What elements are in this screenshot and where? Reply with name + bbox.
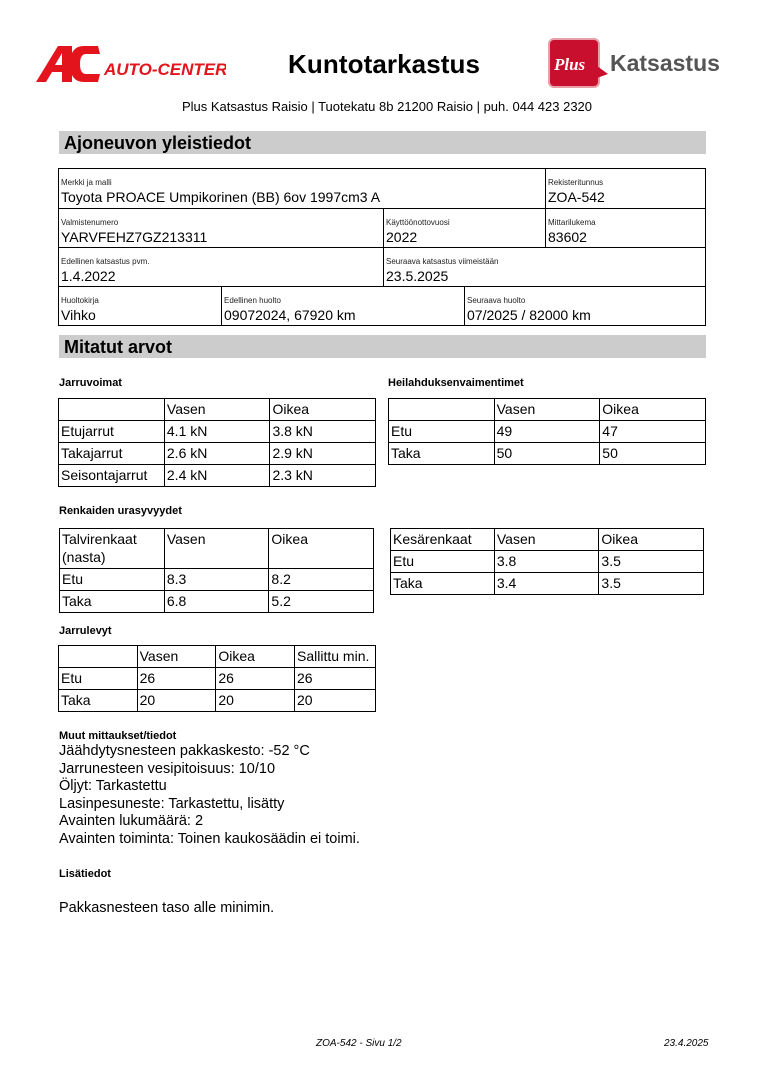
previous-service-label: Edellinen huolto [224, 296, 281, 305]
table-header-cell: Vasen [494, 529, 599, 551]
table-cell: 20 [216, 690, 295, 712]
table-cell: 3.8 [494, 551, 599, 573]
table-cell: 50 [494, 443, 600, 465]
address-line: Plus Katsastus Raisio | Tuotekatu 8b 212… [0, 99, 764, 114]
table-cell: 8.2 [269, 569, 374, 591]
table-cell: Taka [60, 591, 165, 613]
table-header-cell: Sallittu min. [295, 646, 376, 668]
svg-text:AUTO-CENTER: AUTO-CENTER [103, 60, 226, 79]
vehicle-info-grid: Merkki ja malli Toyota PROACE Umpikorine… [58, 168, 706, 326]
table-cell: Takajarrut [59, 443, 165, 465]
table-header-cell [59, 399, 165, 421]
table-cell: 2.6 kN [164, 443, 270, 465]
table-header-cell: Kesärenkaat [391, 529, 495, 551]
next-inspection-label: Seuraava katsastus viimeistään [386, 257, 499, 266]
table-cell: Taka [391, 573, 495, 595]
info-row: Merkki ja malli Toyota PROACE Umpikorine… [59, 169, 705, 208]
table-cell: 26 [216, 668, 295, 690]
table-cell: 3.4 [494, 573, 599, 595]
page-number: ZOA-542 - Sivu 1/2 [316, 1038, 402, 1049]
table-cell: 3.5 [599, 573, 704, 595]
table-header-cell: Vasen [137, 646, 216, 668]
table-row: Etujarrut 4.1 kN 3.8 kN [59, 421, 376, 443]
tread-depths-title: Renkaiden urasyvyydet [59, 505, 182, 517]
table-row: Taka 50 50 [389, 443, 706, 465]
table-cell: 20 [137, 690, 216, 712]
auto-center-logo: AUTO-CENTER [36, 44, 226, 86]
table-cell: Etu [389, 421, 495, 443]
info-row: Edellinen katsastus pvm. 1.4.2022 Seuraa… [59, 247, 705, 286]
table-cell: 47 [600, 421, 706, 443]
table-header-cell: Oikea [269, 529, 374, 569]
table-header-row: Vasen Oikea [59, 399, 376, 421]
other-info-title: Muut mittaukset/tiedot [59, 730, 176, 742]
first-use-year-value: 2022 [386, 229, 417, 245]
odometer-label: Mittarilukema [548, 218, 596, 227]
document-title: Kuntotarkastus [288, 49, 480, 80]
brake-forces-title: Jarruvoimat [59, 377, 122, 389]
vin-label: Valmistenumero [61, 218, 118, 227]
table-header-row: Vasen Oikea [389, 399, 706, 421]
svg-text:Katsastus: Katsastus [610, 50, 720, 76]
odometer-value: 83602 [548, 229, 587, 245]
service-book-value: Vihko [61, 307, 96, 323]
table-header-row: Kesärenkaat Vasen Oikea [391, 529, 704, 551]
table-header-row: Vasen Oikea Sallittu min. [59, 646, 376, 668]
table-cell: 3.5 [599, 551, 704, 573]
make-model-value: Toyota PROACE Umpikorinen (BB) 6ov 1997c… [61, 189, 380, 205]
table-header-row: Talvirenkaat (nasta) Vasen Oikea [60, 529, 374, 569]
table-row: Takajarrut 2.6 kN 2.9 kN [59, 443, 376, 465]
table-row: Etu 26 26 26 [59, 668, 376, 690]
table-cell: 2.9 kN [270, 443, 376, 465]
brake-discs-title: Jarrulevyt [59, 625, 112, 637]
additional-info-text: Pakkasnesteen taso alle minimin. [59, 900, 274, 916]
previous-inspection-label: Edellinen katsastus pvm. [61, 257, 150, 266]
table-header-cell: Vasen [494, 399, 600, 421]
brake-forces-table: Vasen Oikea Etujarrut 4.1 kN 3.8 kN Taka… [58, 398, 376, 487]
shock-absorbers-table: Vasen Oikea Etu 49 47 Taka 50 50 [388, 398, 706, 465]
table-cell: 49 [494, 421, 600, 443]
table-row: Seisontajarrut 2.4 kN 2.3 kN [59, 465, 376, 487]
vin-value: YARVFEHZ7GZ213311 [61, 229, 207, 245]
table-cell: 26 [137, 668, 216, 690]
table-row: Etu 8.3 8.2 [60, 569, 374, 591]
table-cell: Taka [389, 443, 495, 465]
table-header-cell [389, 399, 495, 421]
list-item: Öljyt: Tarkastettu [59, 778, 360, 796]
table-cell: 6.8 [164, 591, 269, 613]
registration-cell: Rekisteritunnus ZOA-542 [545, 169, 705, 208]
registration-value: ZOA-542 [548, 189, 605, 205]
table-header-cell: Vasen [164, 399, 270, 421]
list-item: Jäähdytysnesteen pakkaskesto: -52 °C [59, 743, 360, 761]
info-row: Valmistenumero YARVFEHZ7GZ213311 Käyttöö… [59, 208, 705, 247]
table-cell: 3.8 kN [270, 421, 376, 443]
list-item: Avainten toiminta: Toinen kaukosäädin ei… [59, 831, 360, 849]
odometer-cell: Mittarilukema 83602 [545, 209, 705, 247]
brake-discs-table: Vasen Oikea Sallittu min. Etu 26 26 26 T… [58, 645, 376, 712]
previous-service-cell: Edellinen huolto 09072024, 67920 km [221, 287, 464, 325]
table-header-cell [59, 646, 138, 668]
previous-service-value: 09072024, 67920 km [224, 307, 356, 323]
table-row: Taka 20 20 20 [59, 690, 376, 712]
shock-absorbers-title: Heilahduksenvaimentimet [388, 377, 524, 389]
table-cell: Etu [59, 668, 138, 690]
table-cell: Etujarrut [59, 421, 165, 443]
table-cell: Etu [391, 551, 495, 573]
print-date: 23.4.2025 [664, 1038, 709, 1049]
vin-cell: Valmistenumero YARVFEHZ7GZ213311 [59, 209, 383, 247]
table-cell: 8.3 [164, 569, 269, 591]
table-row: Etu 49 47 [389, 421, 706, 443]
table-row: Etu 3.8 3.5 [391, 551, 704, 573]
next-service-label: Seuraava huolto [467, 296, 525, 305]
registration-label: Rekisteritunnus [548, 178, 603, 187]
table-cell: 20 [295, 690, 376, 712]
summer-tyres-table: Kesärenkaat Vasen Oikea Etu 3.8 3.5 Taka… [390, 528, 704, 595]
table-cell: 50 [600, 443, 706, 465]
first-use-year-label: Käyttöönottovuosi [386, 218, 450, 227]
table-cell: Etu [60, 569, 165, 591]
table-header-cell: Oikea [270, 399, 376, 421]
next-service-value: 07/2025 / 82000 km [467, 307, 591, 323]
table-cell: 5.2 [269, 591, 374, 613]
auto-center-logo-icon: AUTO-CENTER [36, 44, 226, 86]
previous-inspection-value: 1.4.2022 [61, 268, 116, 284]
table-header-cell: Oikea [600, 399, 706, 421]
winter-tyres-table: Talvirenkaat (nasta) Vasen Oikea Etu 8.3… [59, 528, 374, 613]
table-header-cell: Oikea [216, 646, 295, 668]
svg-text:Plus: Plus [553, 55, 586, 74]
section-title-vehicle: Ajoneuvon yleistiedot [59, 131, 706, 154]
table-cell: 2.3 kN [270, 465, 376, 487]
next-service-cell: Seuraava huolto 07/2025 / 82000 km [464, 287, 705, 325]
table-row: Taka 3.4 3.5 [391, 573, 704, 595]
service-book-label: Huoltokirja [61, 296, 99, 305]
first-use-year-cell: Käyttöönottovuosi 2022 [383, 209, 545, 247]
section-title-measured: Mitatut arvot [59, 335, 706, 358]
other-info-list: Jäähdytysnesteen pakkaskesto: -52 °C Jar… [59, 743, 360, 849]
next-inspection-value: 23.5.2025 [386, 268, 448, 284]
previous-inspection-cell: Edellinen katsastus pvm. 1.4.2022 [59, 248, 383, 286]
table-header-cell: Oikea [599, 529, 704, 551]
table-cell: Taka [59, 690, 138, 712]
plus-katsastus-logo-icon: Plus Katsastus [548, 38, 728, 90]
table-cell: 2.4 kN [164, 465, 270, 487]
next-inspection-cell: Seuraava katsastus viimeistään 23.5.2025 [383, 248, 705, 286]
table-header-cell: Talvirenkaat (nasta) [60, 529, 165, 569]
list-item: Avainten lukumäärä: 2 [59, 813, 360, 831]
plus-katsastus-logo: Plus Katsastus [548, 38, 728, 90]
list-item: Jarrunesteen vesipitoisuus: 10/10 [59, 761, 360, 779]
table-cell: Seisontajarrut [59, 465, 165, 487]
info-row: Huoltokirja Vihko Edellinen huolto 09072… [59, 286, 705, 325]
list-item: Lasinpesuneste: Tarkastettu, lisätty [59, 796, 360, 814]
service-book-cell: Huoltokirja Vihko [59, 287, 221, 325]
table-row: Taka 6.8 5.2 [60, 591, 374, 613]
make-model-label: Merkki ja malli [61, 178, 112, 187]
table-cell: 26 [295, 668, 376, 690]
table-cell: 4.1 kN [164, 421, 270, 443]
table-header-cell: Vasen [164, 529, 269, 569]
additional-info-title: Lisätiedot [59, 868, 111, 880]
make-model-cell: Merkki ja malli Toyota PROACE Umpikorine… [59, 169, 545, 208]
